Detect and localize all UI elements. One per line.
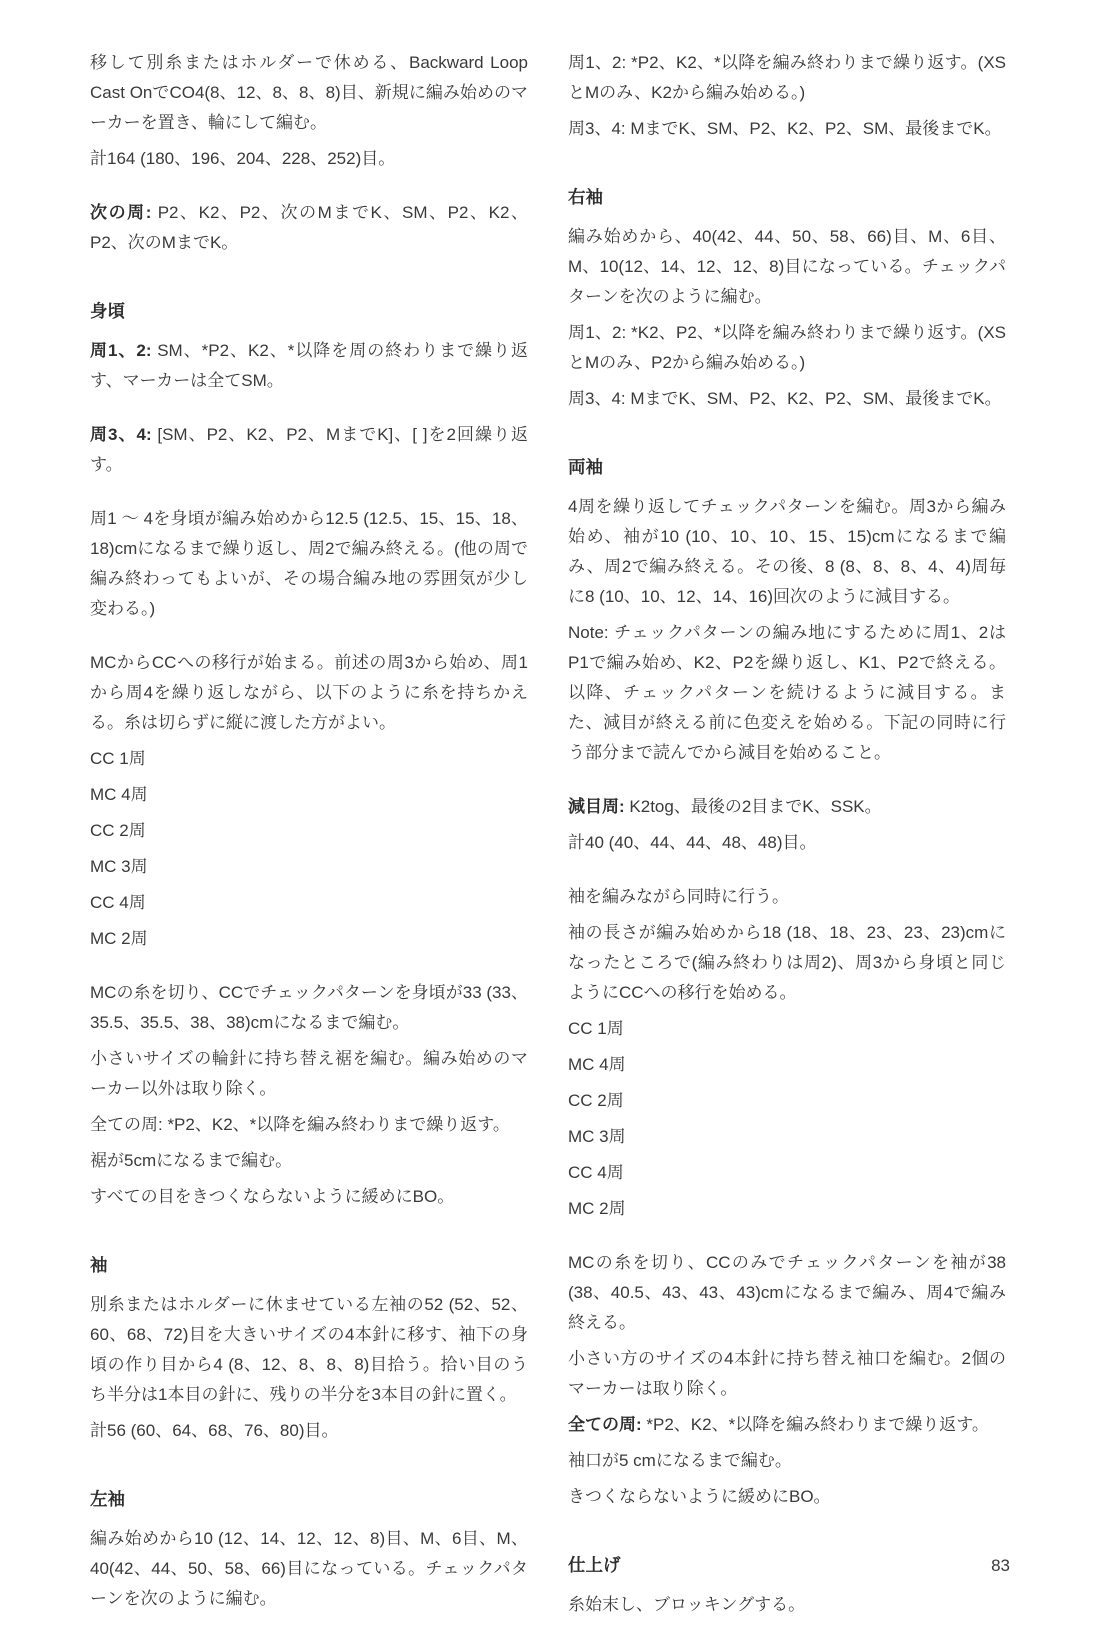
- paragraph: 周1 〜 4を身頃が編み始めから12.5 (12.5、15、15、18、18)c…: [90, 504, 528, 624]
- paragraph: 減目周: K2tog、最後の2目までK、SSK。: [568, 792, 1006, 822]
- paragraph: 袖口が5 cmになるまで編む。: [568, 1446, 1006, 1476]
- paragraph: MCの糸を切り、CCのみでチェックパターンを袖が38 (38、40.5、43、4…: [568, 1248, 1006, 1338]
- stripe-sequence-line: MC 4周: [568, 1050, 1006, 1080]
- paragraph: 4周を繰り返してチェックパターンを編む。周3から編み始め、袖が10 (10、10…: [568, 492, 1006, 612]
- stripe-sequence-line: MC 4周: [90, 780, 528, 810]
- stripe-sequence-line: CC 1周: [90, 744, 528, 774]
- page-number: 83: [991, 1556, 1010, 1576]
- stripe-sequence-line: MC 3周: [568, 1122, 1006, 1152]
- paragraph: 周1、2: *P2、K2、*以降を編み終わりまで繰り返す。(XSとMのみ、K2か…: [568, 48, 1006, 108]
- paragraph: 計164 (180、196、204、228、252)目。: [90, 144, 528, 174]
- stripe-sequence-line: CC 2周: [90, 816, 528, 846]
- instruction-lead: 周3、4:: [90, 425, 152, 444]
- paragraph: きつくならないように緩めにBO。: [568, 1482, 1006, 1512]
- paragraph: 周1、2: *K2、P2、*以降を編み終わりまで繰り返す。(XSとMのみ、P2か…: [568, 318, 1006, 378]
- instruction-lead: 全ての周:: [568, 1415, 642, 1434]
- paragraph: MCからCCへの移行が始まる。前述の周3から始め、周1から周4を繰り返しながら、…: [90, 648, 528, 738]
- paragraph: 別糸またはホルダーに休ませている左袖の52 (52、52、60、68、72)目を…: [90, 1290, 528, 1410]
- stripe-sequence-line: MC 2周: [568, 1194, 1006, 1224]
- paragraph: 小さい方のサイズの4本針に持ち替え袖口を編む。2個のマーカーは取り除く。: [568, 1344, 1006, 1404]
- stripe-sequence-line: CC 4周: [90, 888, 528, 918]
- stripe-sequence-line: CC 1周: [568, 1014, 1006, 1044]
- left-column: 移して別糸またはホルダーで休める、Backward Loop Cast OnでC…: [90, 48, 528, 1620]
- paragraph: 計40 (40、44、44、48、48)目。: [568, 828, 1006, 858]
- instruction-lead: 次の周:: [90, 203, 151, 222]
- section-heading: 袖: [90, 1250, 528, 1280]
- paragraph: 次の周: P2、K2、P2、次のMまでK、SM、P2、K2、P2、次のMまでK。: [90, 198, 528, 258]
- section-heading: 左袖: [90, 1484, 528, 1514]
- paragraph: 袖の長さが編み始めから18 (18、18、23、23、23)cmになったところで…: [568, 918, 1006, 1008]
- paragraph: MCの糸を切り、CCでチェックパターンを身頃が33 (33、35.5、35.5、…: [90, 978, 528, 1038]
- paragraph: 全ての周: *P2、K2、*以降を編み終わりまで繰り返す。: [568, 1410, 1006, 1440]
- section-heading: 身頃: [90, 296, 528, 326]
- paragraph: 全ての周: *P2、K2、*以降を編み終わりまで繰り返す。: [90, 1110, 528, 1140]
- instruction-lead: 減目周:: [568, 797, 625, 816]
- paragraph: 糸始末し、ブロッキングする。: [568, 1590, 1006, 1620]
- paragraph: 編み始めから、40(42、44、50、58、66)目、M、6目、M、10(12、…: [568, 222, 1006, 312]
- stripe-sequence-line: CC 2周: [568, 1086, 1006, 1116]
- paragraph: 編み始めから10 (12、14、12、12、8)目、M、6目、M、40(42、4…: [90, 1524, 528, 1614]
- stripe-sequence-line: MC 3周: [90, 852, 528, 882]
- stripe-sequence-line: CC 4周: [568, 1158, 1006, 1188]
- paragraph: Note: チェックパターンの編み地にするために周1、2はP1で編み始め、K2、…: [568, 618, 1006, 768]
- paragraph: 袖を編みながら同時に行う。: [568, 882, 1006, 912]
- instruction-lead: 周1、2:: [90, 341, 152, 360]
- paragraph: すべての目をきつくならないように緩めにBO。: [90, 1182, 528, 1212]
- section-heading: 右袖: [568, 182, 1006, 212]
- paragraph: 周3、4: MまでK、SM、P2、K2、P2、SM、最後までK。: [568, 384, 1006, 414]
- paragraph: 移して別糸またはホルダーで休める、Backward Loop Cast OnでC…: [90, 48, 528, 138]
- paragraph: 小さいサイズの輪針に持ち替え裾を編む。編み始めのマーカー以外は取り除く。: [90, 1044, 528, 1104]
- paragraph: 周3、4: [SM、P2、K2、P2、MまでK]、[ ]を2回繰り返す。: [90, 420, 528, 480]
- paragraph: 裾が5cmになるまで編む。: [90, 1146, 528, 1176]
- right-column: 周1、2: *P2、K2、*以降を編み終わりまで繰り返す。(XSとMのみ、K2か…: [568, 48, 1006, 1626]
- stripe-sequence-line: MC 2周: [90, 924, 528, 954]
- paragraph: 周3、4: MまでK、SM、P2、K2、P2、SM、最後までK。: [568, 114, 1006, 144]
- section-heading: 仕上げ: [568, 1550, 1006, 1580]
- paragraph: 計56 (60、64、68、76、80)目。: [90, 1416, 528, 1446]
- section-heading: 両袖: [568, 452, 1006, 482]
- paragraph: 周1、2: SM、*P2、K2、*以降を周の終わりまで繰り返す、マーカーは全てS…: [90, 336, 528, 396]
